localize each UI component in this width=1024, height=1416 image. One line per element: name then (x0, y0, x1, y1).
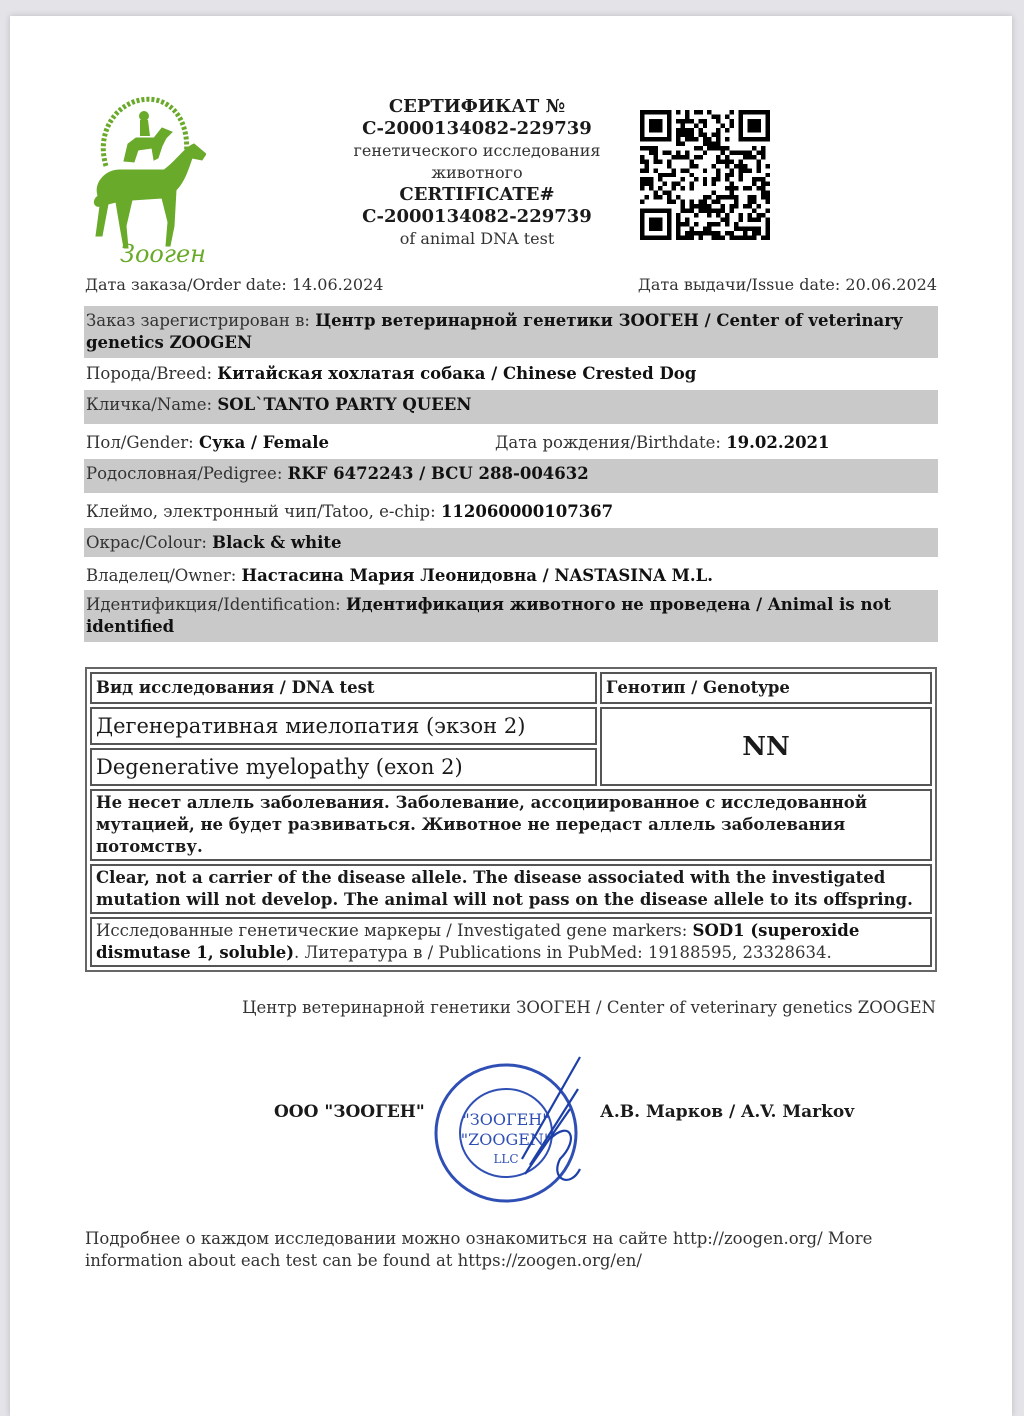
colour-row: Окрас/Colour: Black & white (84, 528, 938, 557)
qr-code-icon (640, 110, 770, 240)
issue-date: Дата выдачи/Issue date: 20.06.2024 (638, 275, 937, 294)
owner-row: Владелец/Owner: Настасина Мария Леонидов… (84, 561, 938, 591)
certificate-title: СЕРТИФИКАТ № C-2000134082-229739 генетич… (340, 96, 614, 250)
breed-row: Порода/Breed: Китайская хохлатая собака … (84, 359, 938, 389)
gender-birthdate-row: Пол/Gender: Сука / Female Дата рождения/… (84, 428, 938, 460)
test-name-ru: Дегенеративная миелопатия (экзон 2) (90, 707, 597, 745)
footer-note: Подробнее о каждом исследовании можно оз… (85, 1228, 937, 1272)
signer-name: А.В. Марков / A.V. Markov (600, 1102, 854, 1122)
birthdate: Дата рождения/Birthdate: 19.02.2021 (495, 432, 830, 454)
svg-text:LLC: LLC (493, 1152, 518, 1166)
result-en: Clear, not a carrier of the disease alle… (90, 864, 932, 914)
subtitle-en: of animal DNA test (340, 228, 614, 250)
subtitle-ru-1: генетического исследования (340, 140, 614, 162)
dates-row: Дата заказа/Order date: 14.06.2024 Дата … (85, 275, 937, 299)
certificate-en-label: CERTIFICATE# (340, 184, 614, 206)
result-ru: Не несет аллель заболевания. Заболевание… (90, 789, 932, 861)
svg-text:"ЗООГЕН": "ЗООГЕН" (462, 1110, 549, 1129)
pedigree-row: Родословная/Pedigree: RKF 6472243 / BCU … (84, 459, 938, 493)
identification-row: Идентификция/Identification: Идентификац… (84, 590, 938, 642)
genotype-value: NN (600, 707, 932, 786)
chip-row: Клеймо, электронный чип/Tatoo, e-chip: 1… (84, 497, 938, 527)
order-date: Дата заказа/Order date: 14.06.2024 (85, 275, 383, 294)
horse-rider-icon: Зooген (84, 86, 206, 266)
test-name-en: Degenerative myelopathy (exon 2) (90, 748, 597, 786)
dna-test-table: Вид исследования / DNA test Генотип / Ge… (85, 667, 937, 972)
name-row: Кличка/Name: SOL`TANTO PARTY QUEEN (84, 390, 938, 424)
registered-row: Заказ зарегистрирован в: Центр ветеринар… (84, 306, 938, 358)
genotype-header: Генотип / Genotype (600, 672, 932, 704)
org-name: ООО "ЗООГЕН" (274, 1102, 425, 1122)
certificate-number-ru: C-2000134082-229739 (340, 118, 614, 140)
center-name: Центр ветеринарной генетики ЗООГЕН / Cen… (242, 998, 936, 1017)
logo-text: Зooген (120, 240, 206, 266)
subtitle-ru-2: животного (340, 162, 614, 184)
certificate-ru-label: СЕРТИФИКАТ № (340, 96, 614, 118)
certificate-number-en: C-2000134082-229739 (340, 206, 614, 228)
stamp-icon: "ЗООГЕН" "ZOOGEN" LLC (430, 1049, 600, 1204)
dna-test-header: Вид исследования / DNA test (90, 672, 597, 704)
gene-markers: Исследованные генетические маркеры / Inv… (90, 917, 932, 967)
zoogen-logo: Зooген (84, 86, 206, 266)
gender: Пол/Gender: Сука / Female (86, 433, 329, 452)
certificate-page: Зooген СЕРТИФИКАТ № C-2000134082-229739 … (10, 16, 1012, 1405)
